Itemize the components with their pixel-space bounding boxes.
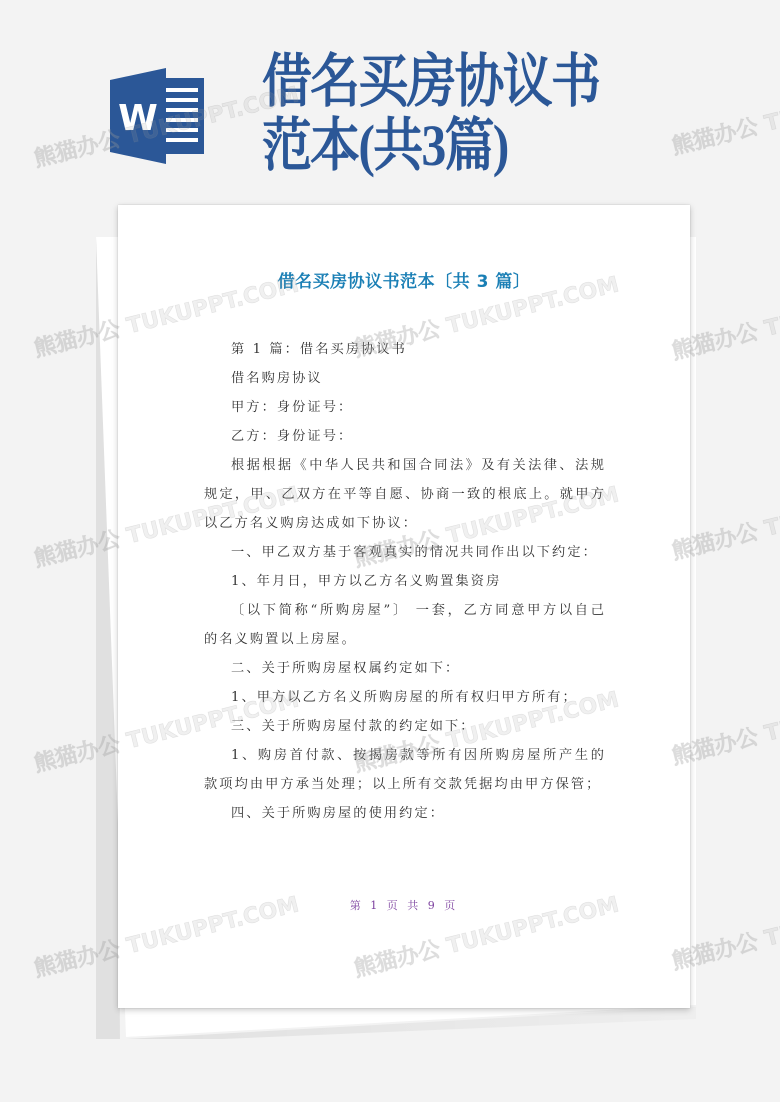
paragraph-section-heading: 第 1 篇：借名买房协议书 <box>231 335 606 364</box>
hero-title: 借名买房协议书范本(共3篇) <box>262 50 623 178</box>
paragraph-party-a: 甲方：身份证号： <box>231 393 606 422</box>
paragraph-clause-3-item: 1、购房首付款、按揭房款等所有因所购房屋所产生的款项均由甲方承当处理；以上所有交… <box>204 741 606 799</box>
document-title: 借名买房协议书范本〔共 3 篇〕 <box>118 267 690 292</box>
word-document-icon: W <box>108 68 208 164</box>
paragraph-clause-2-heading: 二、关于所购房屋权属约定如下： <box>204 654 606 683</box>
paragraph-clause-3-heading: 三、关于所购房屋付款的约定如下： <box>204 712 606 741</box>
paragraph-clause-1-heading: 一、甲乙双方基于客观真实的情况共同作出以下约定： <box>204 538 606 567</box>
paragraph-clause-2-item: 1、甲方以乙方名义所购房屋的所有权归甲方所有； <box>204 683 606 712</box>
document-page: 借名买房协议书范本〔共 3 篇〕 第 1 篇：借名买房协议书 借名购房协议 甲方… <box>118 205 690 1008</box>
paragraph-clause-1-item: 1、年月日，甲方以乙方名义购置集资房 <box>204 567 606 596</box>
svg-text:W: W <box>118 98 158 139</box>
document-body: 第 1 篇：借名买房协议书 借名购房协议 甲方：身份证号： 乙方：身份证号： 根… <box>204 335 606 828</box>
paragraph-party-b: 乙方：身份证号： <box>231 422 606 451</box>
paragraph-clause-1-detail: 〔以下简称“所购房屋”〕 一套，乙方同意甲方以自己的名义购置以上房屋。 <box>204 596 606 654</box>
paragraph-preamble: 根据根据《中华人民共和国合同法》及有关法律、法规规定，甲、乙双方在平等自愿、协商… <box>204 451 606 538</box>
header-banner: W 借名买房协议书范本(共3篇) <box>0 0 780 200</box>
page-number-footer: 第 1 页 共 9 页 <box>118 897 690 913</box>
paragraph-clause-4-heading: 四、关于所购房屋的使用约定： <box>204 799 606 828</box>
paragraph-agreement-name: 借名购房协议 <box>231 364 606 393</box>
